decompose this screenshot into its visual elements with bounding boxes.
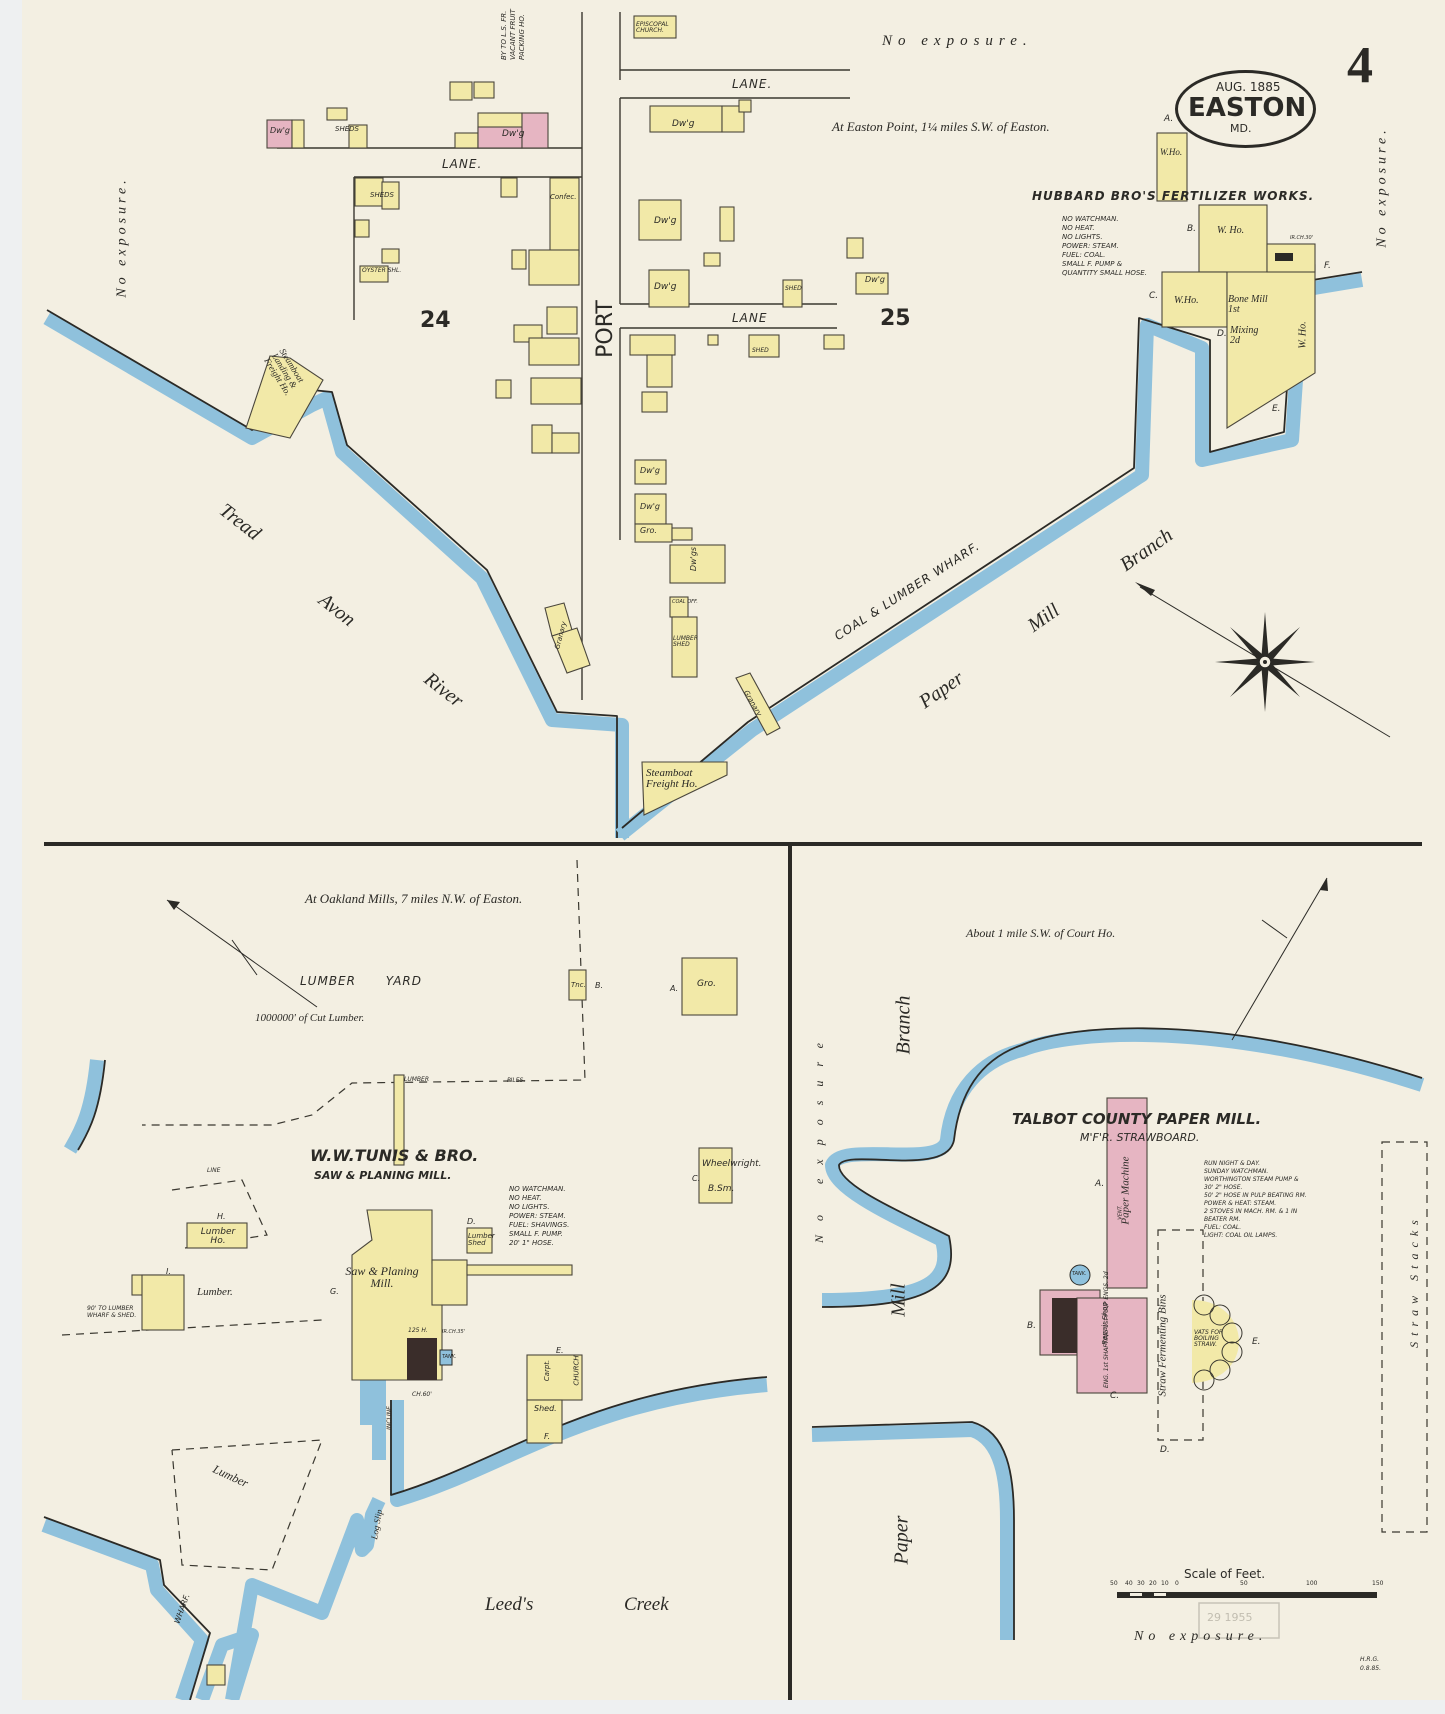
branch-label-bottom-paper: Paper	[891, 1516, 911, 1565]
straw-stacks-label: Straw Stacks	[1408, 1214, 1420, 1348]
building-episcopal-church: EPISCOPAL CHURCH.	[636, 22, 674, 34]
branch-label-bottom-branch: Branch	[893, 996, 913, 1055]
exposure-left: No exposure.	[116, 176, 130, 297]
building-dwelling-5: Dw'g	[865, 276, 885, 284]
exposure-right: No exposure.	[1376, 126, 1390, 247]
building-blacksmith: B.Sm.	[708, 1185, 734, 1194]
engine-room-label: ENG. 1st SHAFTING 1st PULP ENGS. 2d	[1104, 1298, 1110, 1388]
incline-label: INCLINE	[387, 1406, 393, 1430]
building-dwelling-brick: Dw'g	[502, 130, 524, 139]
compass-rose-icon	[1135, 582, 1390, 737]
scale-title: Scale of Feet.	[1184, 1568, 1265, 1580]
scale-bar	[1117, 1592, 1377, 1598]
building-dwellings: Dw'gs	[690, 547, 698, 571]
page-number: 4	[1347, 40, 1373, 92]
building-dwelling-1: Dw'g	[270, 127, 290, 135]
building-coal-office: COAL OFF.	[672, 600, 698, 605]
building-sheds-1: SHEDS	[335, 126, 359, 133]
paper-mill-subtitle: M'F'R. STRAWBOARD.	[1080, 1132, 1199, 1143]
letter-i: I.	[166, 1268, 171, 1276]
engine-hp: 125 H.	[408, 1328, 428, 1334]
scale-tick: 50	[1110, 1580, 1118, 1587]
paper-letter-e: E.	[1252, 1338, 1261, 1347]
fertilizer-letter-c: C.	[1149, 292, 1158, 301]
lumber-piles-label-1: LUMBER	[404, 1077, 429, 1083]
wharf-note: 90' TO LUMBER WHARF & SHED.	[87, 1305, 142, 1319]
fertilizer-letter-a: A.	[1164, 115, 1173, 124]
building-dwelling-7: Dw'g	[640, 503, 660, 511]
building-dwelling-4: Dw'g	[654, 283, 676, 292]
tunis-notes: NO WATCHMAN. NO HEAT. NO LIGHTS. POWER: …	[509, 1185, 569, 1248]
building-carpenter: Carpt.	[544, 1360, 551, 1381]
easton-point-note: At Easton Point, 1¼ miles S.W. of Easton…	[832, 120, 1050, 133]
stamp-state: MD.	[1230, 123, 1251, 134]
fertilizer-works-notes: NO WATCHMAN. NO HEAT. NO LIGHTS. POWER: …	[1062, 215, 1147, 278]
vats-label: VATS FOR BOILING STRAW.	[1194, 1330, 1230, 1348]
fertilizer-mixing: Mixing 2d	[1230, 326, 1270, 346]
mill-chimney-2: CH.60'	[412, 1392, 432, 1398]
paper-letter-b: B.	[1027, 1322, 1036, 1331]
line-label: LINE	[207, 1168, 220, 1174]
scale-ticks: 50 40 30 20 10 0 50 100 150	[1110, 1580, 1390, 1590]
mill-chimney-1: IR.CH.35'	[442, 1330, 465, 1335]
map-sheet: .w{fill:none;stroke:#8fc1dc;stroke-width…	[22, 0, 1445, 1700]
fertilizer-wh-b: W. Ho.	[1217, 226, 1244, 236]
north-arrow-icon-2	[1232, 878, 1328, 1040]
lane-label-1: LANE.	[442, 158, 482, 170]
building-lumber-shed-d: Lumber Shed	[468, 1233, 492, 1247]
block-24: 24	[420, 310, 451, 332]
packing-house-note: BY TO L.S. FR. VACANT FRUIT PACKING HO.	[500, 0, 527, 60]
top-buildings	[246, 16, 1315, 815]
fertilizer-chimney: IR.CH.30'	[1290, 236, 1313, 241]
scale-tick: 100	[1306, 1580, 1317, 1587]
building-shed-f: Shed.	[534, 1405, 557, 1413]
building-lumber-house: Lumber Ho.	[198, 1228, 238, 1246]
building-grocery: Gro.	[640, 527, 657, 535]
stamp-date: AUG. 1885	[1216, 81, 1280, 93]
tank-label: TANK.	[1072, 1272, 1087, 1277]
tunis-mill-buildings	[132, 958, 737, 1685]
scale-tick: 10	[1161, 1580, 1169, 1587]
letter-a: A.	[670, 985, 678, 993]
building-wheelwright: Wheelwright.	[702, 1160, 762, 1169]
letter-g: G.	[330, 1288, 339, 1296]
block-25: 25	[880, 308, 911, 330]
oakland-mills-note: At Oakland Mills, 7 miles N.W. of Easton…	[305, 892, 522, 905]
vent-label: VENT.	[1119, 1205, 1124, 1219]
exposure-bottom: No exposure.	[1134, 1630, 1267, 1644]
initials: H.R.G. 0.8.85.	[1360, 1655, 1381, 1673]
building-confec: Confec.	[550, 194, 576, 201]
letter-c: C.	[692, 1175, 700, 1183]
scale-tick: 150	[1372, 1580, 1383, 1587]
paper-letter-d: D.	[1160, 1446, 1170, 1455]
fertilizer-letter-b: B.	[1187, 225, 1196, 234]
building-sheds-2: SHEDS	[370, 192, 394, 199]
exposure-vertical: No exposure	[813, 1029, 825, 1243]
saw-planing-mill-label: Saw & Planing Mill.	[342, 1265, 422, 1289]
straw-fermenting-bins: Straw Fermenting Bins	[1158, 1294, 1169, 1396]
scale-tick: 50	[1240, 1580, 1248, 1587]
building-steamboat-freight: Steamboat Freight Ho.	[646, 768, 716, 790]
lane-label-3: LANE	[732, 312, 767, 324]
tunis-subtitle: SAW & PLANING MILL.	[314, 1170, 451, 1181]
letter-h: H.	[217, 1213, 226, 1221]
letter-f: F.	[544, 1433, 550, 1441]
building-lumber-i: Lumber.	[197, 1287, 233, 1298]
building-dwelling-6: Dw'g	[640, 467, 660, 475]
letter-b: B.	[595, 982, 603, 990]
letter-e: E.	[556, 1347, 564, 1355]
map-drawing: .w{fill:none;stroke:#8fc1dc;stroke-width…	[22, 0, 1445, 1700]
building-shed-1: SHED	[785, 286, 802, 292]
exposure-top: No exposure.	[882, 34, 1033, 49]
branch-label-bottom-mill: Mill	[889, 1283, 909, 1316]
mill-tank: TANK.	[442, 1355, 457, 1360]
north-arrow-icon	[167, 900, 317, 1007]
fertilizer-wh-a: W.Ho.	[1160, 148, 1182, 157]
creek-label-creek: Creek	[624, 1595, 669, 1614]
faint-stamp-text: 29 1955	[1207, 1612, 1253, 1623]
creek-label-leeds: Leed's	[485, 1595, 533, 1614]
paper-letter-a: A.	[1095, 1180, 1104, 1189]
stamp-town: EASTON	[1188, 95, 1306, 121]
scale-tick: 20	[1149, 1580, 1157, 1587]
cut-lumber-label: 1000000' of Cut Lumber.	[255, 1013, 364, 1024]
paper-mill-notes: RUN NIGHT & DAY. SUNDAY WATCHMAN. WORTHI…	[1204, 1160, 1307, 1240]
tunis-title: W.W.TUNIS & BRO.	[310, 1148, 478, 1164]
paper-mill-title: TALBOT COUNTY PAPER MILL.	[1012, 1112, 1261, 1127]
building-lumber-shed: LUMBER SHED	[673, 636, 697, 648]
letter-d: D.	[467, 1218, 476, 1226]
fertilizer-letter-e: E.	[1272, 405, 1281, 414]
fertilizer-works-title: HUBBARD BRO'S FERTILIZER WORKS.	[1032, 190, 1314, 202]
building-oyster-shl: OYSTER SHL.	[362, 268, 401, 274]
court-house-note: About 1 mile S.W. of Court Ho.	[966, 927, 1115, 939]
lumber-yard-label: LUMBER YARD	[300, 975, 422, 987]
paper-letter-c: C.	[1110, 1392, 1119, 1401]
scale-tick: 40	[1125, 1580, 1133, 1587]
building-dwelling-3: Dw'g	[654, 217, 676, 226]
lumber-piles-label-2: PILES.	[507, 1078, 525, 1084]
building-grocery-a: Gro.	[697, 980, 716, 989]
building-church-e: CHURCH	[574, 1355, 581, 1385]
building-dwelling-2: Dw'g	[672, 120, 694, 129]
fertilizer-wh-f: W. Ho.	[1299, 321, 1309, 348]
fertilizer-letter-f: F.	[1324, 262, 1331, 271]
fertilizer-bone-mill: Bone Mill 1st	[1228, 295, 1273, 315]
street-port: PORT	[595, 300, 617, 358]
lane-label-2: LANE.	[732, 78, 772, 90]
building-tnc-b: Tnc.	[571, 982, 586, 989]
scale-tick: 30	[1137, 1580, 1145, 1587]
scale-tick: 0	[1175, 1580, 1179, 1587]
fertilizer-letter-d: D.	[1217, 330, 1227, 339]
fertilizer-wh-c: W.Ho.	[1174, 296, 1199, 306]
location-stamp: AUG. 1885 EASTON MD.	[1175, 70, 1316, 148]
building-shed-2: SHED	[752, 348, 769, 354]
